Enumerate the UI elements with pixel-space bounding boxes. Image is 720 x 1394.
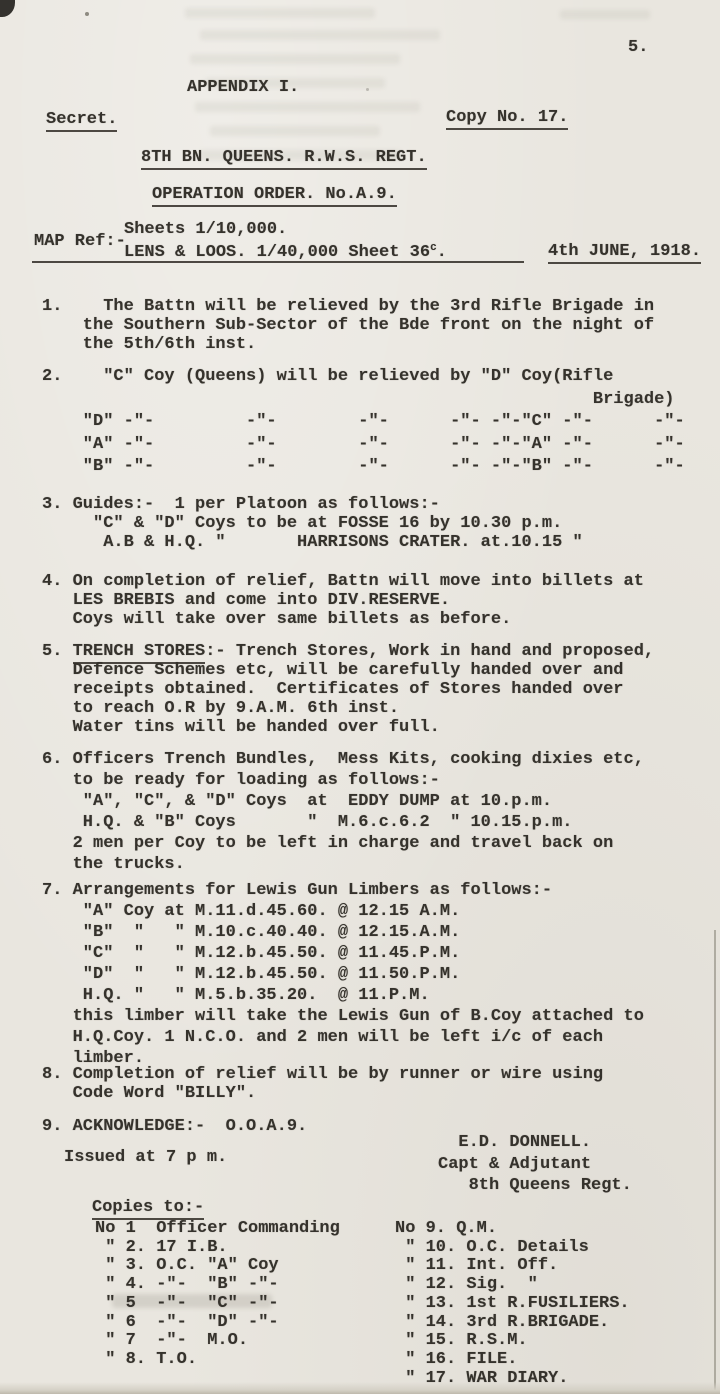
- order-item-9: 9. ACKNOWLEDGE:- O.O.A.9.: [42, 1117, 307, 1136]
- order-item-4: 4. On completion of relief, Battn will m…: [42, 572, 644, 629]
- bleedthrough-mark: [560, 10, 650, 19]
- order-item-5-number: 5.: [42, 642, 73, 661]
- appendix-title: APPENDIX I.: [187, 78, 299, 97]
- order-title: OPERATION ORDER. No.A.9.: [152, 185, 397, 207]
- map-ref-underline: [32, 261, 524, 263]
- copies-right-column: No 9. Q.M. " 10. O.C. Details " 11. Int.…: [395, 1220, 630, 1388]
- order-item-8: 8. Completion of relief will be by runne…: [42, 1065, 603, 1103]
- copy-number: Copy No. 17.: [446, 108, 568, 130]
- page-edge-line: [714, 930, 716, 1394]
- page-number: 5.: [628, 38, 648, 57]
- map-ref-sheets: Sheets 1/10,000.: [124, 220, 287, 239]
- issued-note: Issued at 7 p m.: [64, 1148, 227, 1167]
- order-item-3: 3. Guides:- 1 per Platoon as follows:- "…: [42, 495, 583, 552]
- map-ref-lens: LENS & LOOS. 1/40,000 Sheet 36c.: [124, 242, 447, 262]
- ink-speck: [366, 88, 369, 91]
- order-item-6: 6. Officers Trench Bundles, Mess Kits, c…: [42, 749, 644, 875]
- order-item-5: 5. TRENCH STORES:- Trench Stores, Work i…: [42, 642, 654, 737]
- document-page: 5. APPENDIX I. Secret. Copy No. 17. 8TH …: [0, 0, 720, 1394]
- order-item-1: 1. The Battn will be relieved by the 3rd…: [42, 297, 654, 354]
- map-ref-lens-dot: .: [437, 243, 447, 262]
- corner-ink-blot: [0, 0, 15, 17]
- bleedthrough-mark: [195, 102, 420, 112]
- ink-speck: [85, 12, 89, 16]
- copies-left-column: No 1 Officer Commanding " 2. 17 I.B. " 3…: [95, 1220, 340, 1370]
- bleedthrough-mark: [200, 30, 440, 40]
- bleedthrough-mark: [190, 54, 400, 64]
- classification-label: Secret.: [46, 110, 117, 132]
- map-ref-label: MAP Ref:-: [34, 232, 126, 251]
- bleedthrough-mark: [210, 126, 380, 136]
- map-ref-sheet-superscript: c: [430, 242, 437, 254]
- order-date: 4th JUNE, 1918.: [548, 242, 701, 264]
- unit-title: 8TH BN. QUEENS. R.W.S. REGT.: [141, 148, 427, 170]
- bleedthrough-mark: [185, 8, 375, 18]
- copies-heading: Copies to:-: [92, 1198, 204, 1220]
- signature-block: E.D. DONNELL. Capt & Adjutant 8th Queens…: [438, 1132, 632, 1197]
- map-ref-lens-text: LENS & LOOS. 1/40,000 Sheet 36: [124, 243, 430, 262]
- order-item-7: 7. Arrangements for Lewis Gun Limbers as…: [42, 880, 644, 1069]
- order-item-2: 2. "C" Coy (Queens) will be relieved by …: [42, 366, 685, 479]
